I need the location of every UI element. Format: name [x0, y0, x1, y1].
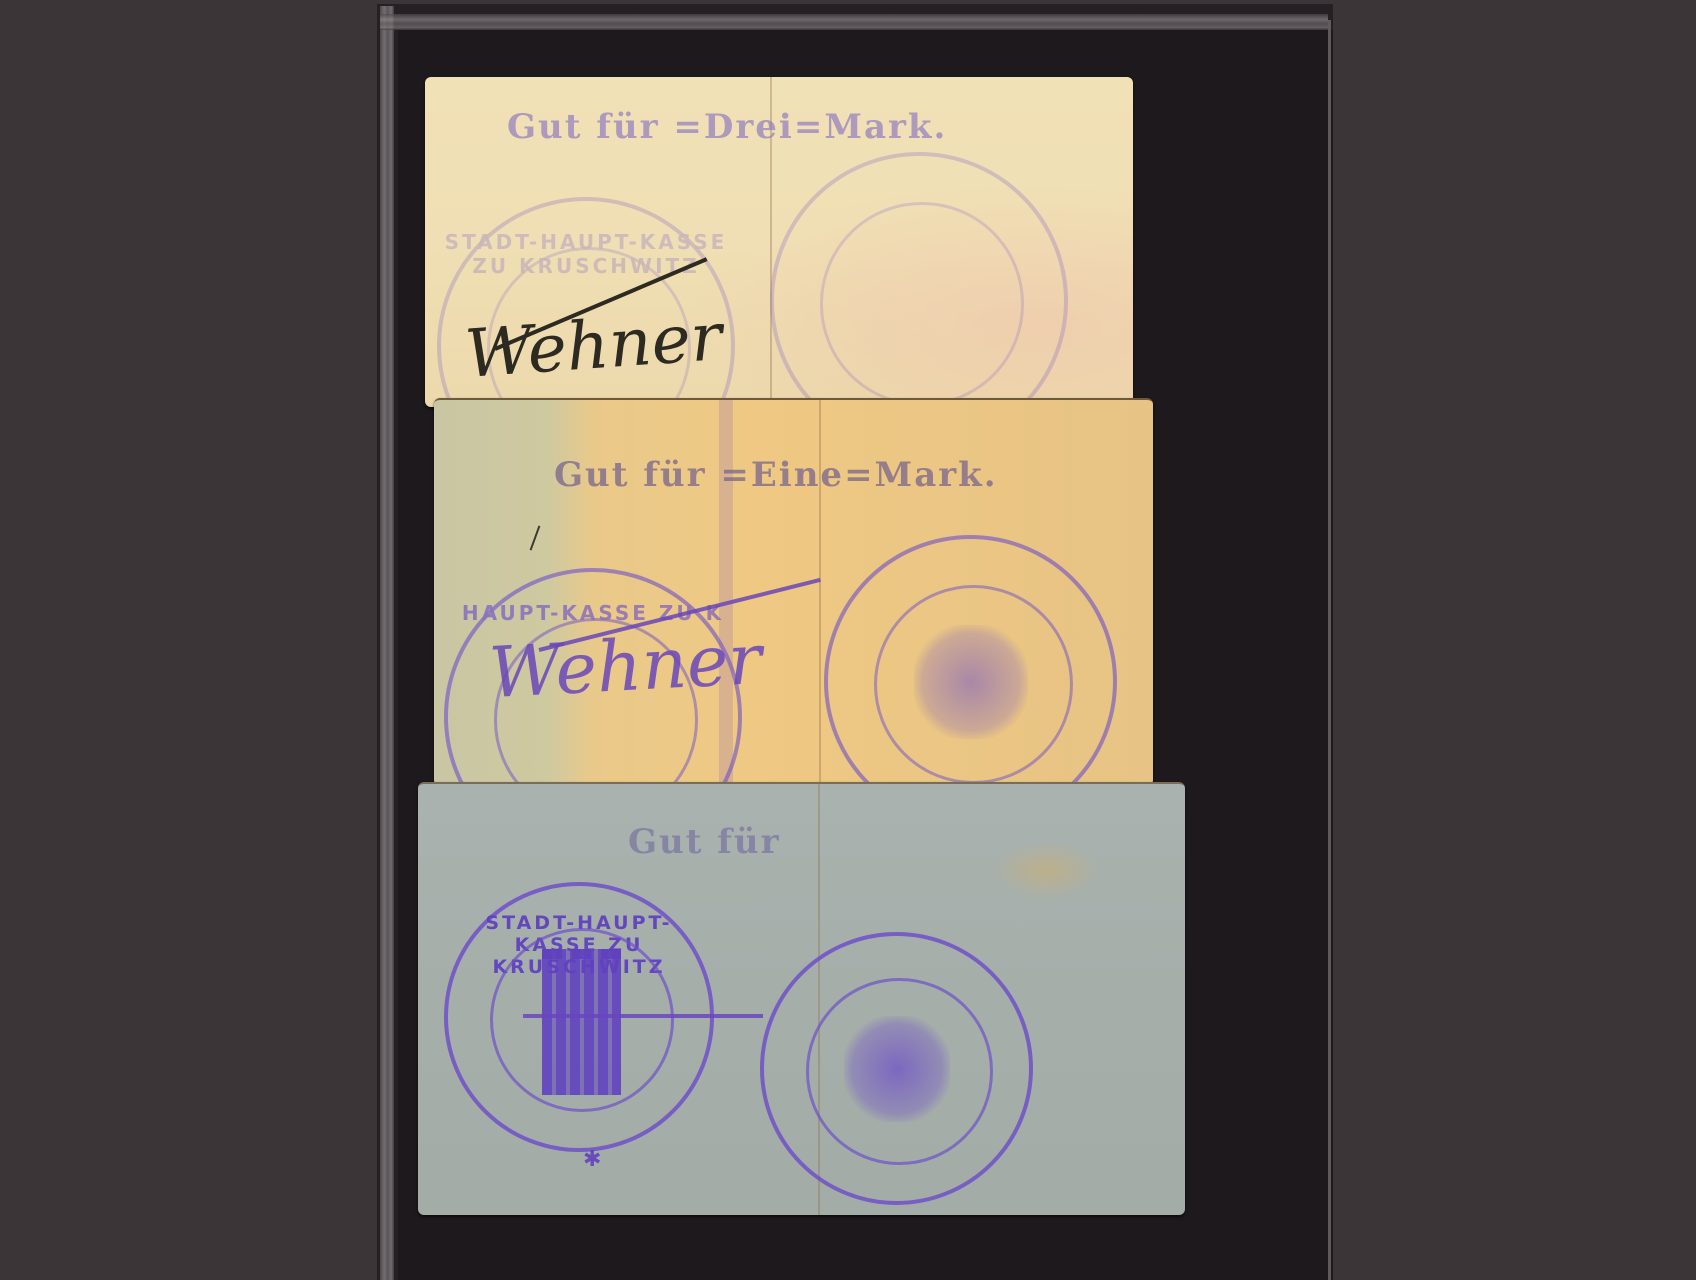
stamp-text: STADT-HAUPT-KASSE ZU KRUSCHWITZ	[441, 230, 731, 278]
stamp-text: STADT-HAUPT-KASSE ZU KRUSCHWITZ	[448, 912, 710, 978]
sleeve-edge-top	[380, 14, 1328, 30]
note-heading: Gut für	[628, 822, 781, 862]
sleeve-edge-right	[1328, 20, 1331, 1280]
star-ornament: ✱	[583, 1147, 601, 1172]
note-heading: Gut für =Drei=Mark.	[507, 107, 947, 147]
banknote-blue: Gut für STADT-HAUPT-KASSE ZU KRUSCHWITZ …	[418, 782, 1185, 1215]
banknote-drei-mark: Gut für =Drei=Mark. STADT-HAUPT-KASSE ZU…	[425, 77, 1133, 407]
official-seal-stamp	[824, 535, 1117, 786]
official-seal-stamp	[770, 152, 1068, 407]
official-seal-stamp	[760, 932, 1033, 1205]
signature-stroke	[523, 1014, 763, 1018]
banknote-eine-mark: Gut für =Eine=Mark. HAUPT-KASSE ZU K Weh…	[434, 398, 1153, 786]
pen-mark	[530, 525, 541, 550]
eagle-emblem	[914, 625, 1028, 739]
note-heading: Gut für =Eine=Mark.	[554, 455, 998, 495]
signature: Wehner	[487, 618, 764, 714]
city-tower-emblem	[542, 949, 621, 1095]
eagle-emblem	[844, 1016, 950, 1122]
sleeve-edge-left	[380, 6, 394, 1280]
